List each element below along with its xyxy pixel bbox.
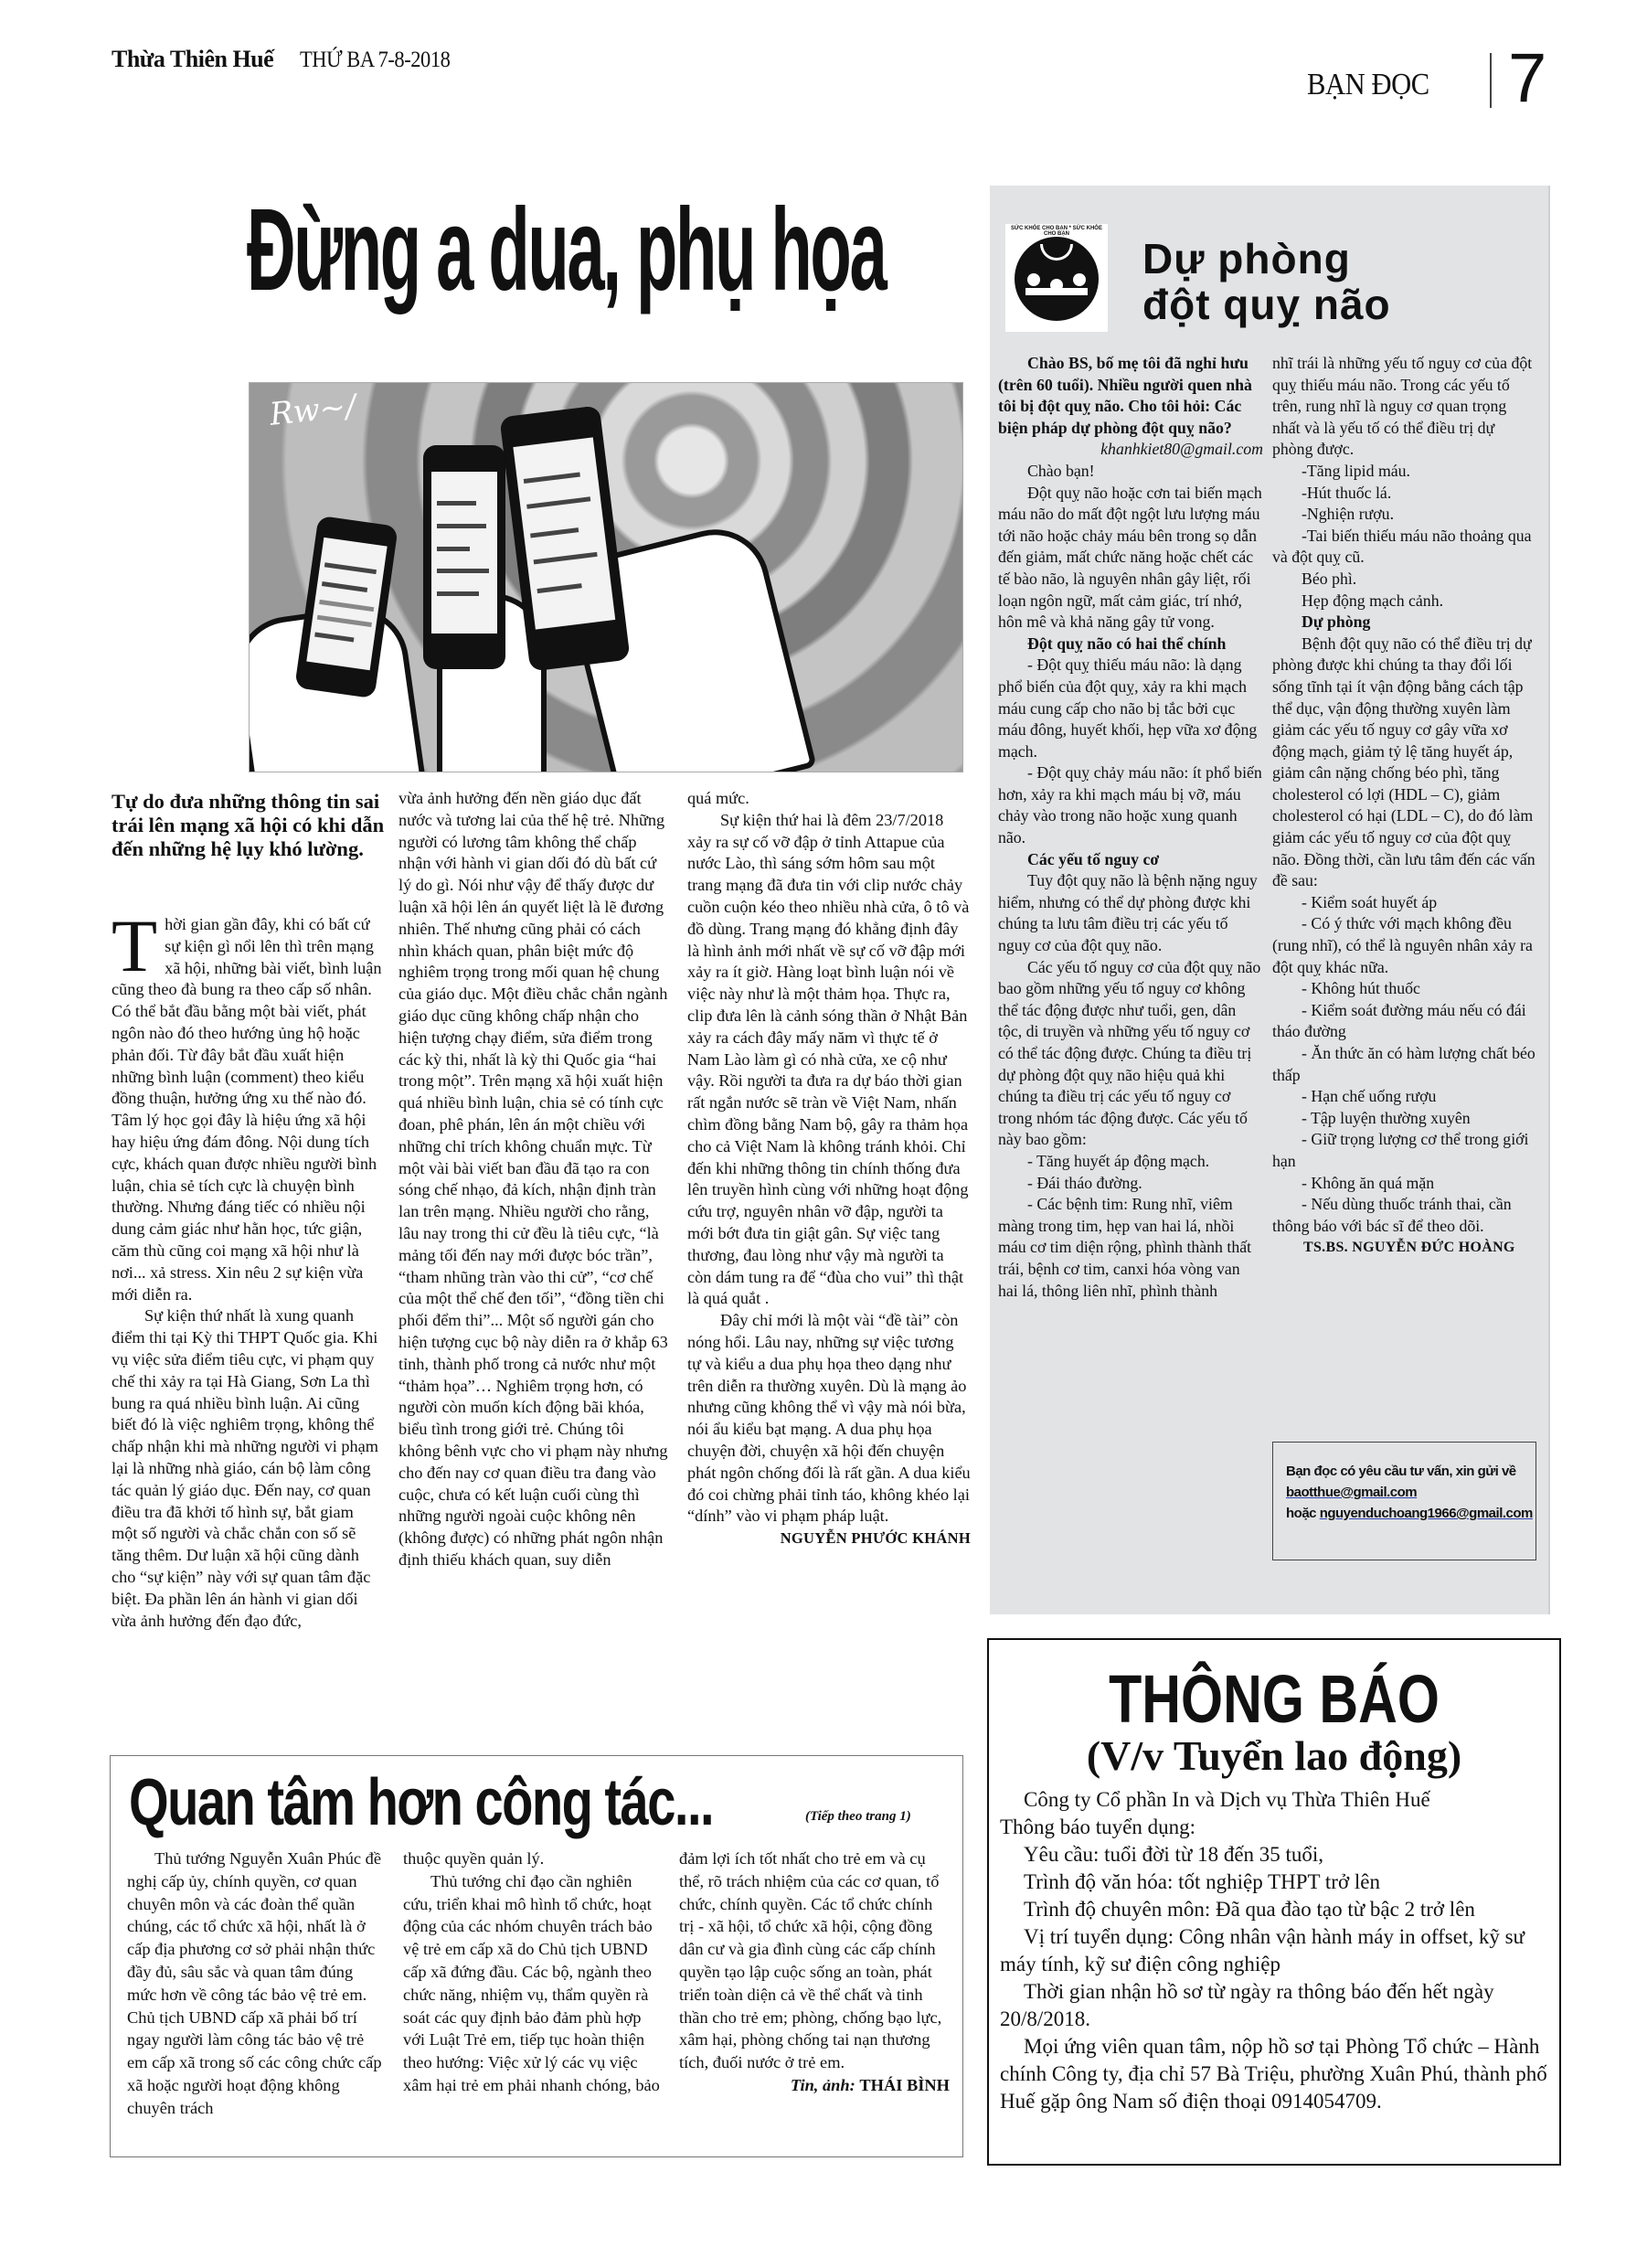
family-figure-icon [1073,273,1086,286]
article-byline: NGUYỄN PHƯỚC KHÁNH [687,1528,971,1549]
bottom-article-box: Quan tâm hơn công tác... (Tiếp theo tran… [110,1755,963,2157]
health-title: Dự phòng đột quỵ não [1142,236,1391,327]
health-column-logo: SỨC KHỎE CHO BẠN * SỨC KHỎE CHO BẠN [1005,224,1108,332]
health-title-line-1: Dự phòng [1142,236,1391,282]
health-column-1: Chào BS, bố mẹ tôi đã nghỉ hưu (trên 60 … [998,353,1263,1302]
list-item: - Không hút thuốc [1272,978,1537,1000]
notice-deadline: Thời gian nhận hồ sơ từ ngày ra thông bá… [1000,1978,1548,2033]
list-item: -Tai biến thiếu máu não thoảng qua và độ… [1272,526,1537,569]
notice-company: Công ty Cổ phần In và Dịch vụ Thừa Thiên… [1000,1786,1548,1814]
drop-cap: T [112,916,157,976]
article-column-2: vừa ảnh hưởng đến nền giáo dục đất nước … [398,788,669,1571]
notice-expertise: Trình độ chuyên môn: Đã qua đào tạo từ b… [1000,1896,1548,1923]
photo-credit: Tin, ảnh: THÁI BÌNH [679,2074,950,2097]
logo-emblem-icon [1015,237,1099,321]
logo-text: SỨC KHỎE CHO BẠN * SỨC KHỎE CHO BẠN [1005,226,1108,237]
paragraph: Đây chỉ mới là một vài “đề tài” còn nóng… [687,1310,971,1528]
paragraph: nhĩ trái là những yếu tố nguy cơ của đột… [1272,353,1537,461]
notice-education: Trình độ văn hóa: tốt nghiệp THPT trở lê… [1000,1869,1548,1896]
list-item: - Hạn chế uống rượu [1272,1086,1537,1108]
newspaper-name: Thừa Thiên Huế [112,46,273,73]
paragraph: Sự kiện thứ nhất là xung quanh điểm thi … [112,1305,382,1632]
asker-email: khanhkiet80@gmail.com [998,439,1263,461]
list-item: - Đái tháo đường. [998,1173,1263,1195]
list-item: Hẹp động mạch cảnh. [1272,591,1537,612]
phone-middle-icon [423,445,505,669]
paragraph: - Đột quỵ chảy máu não: ít phổ biến hơn,… [998,762,1263,848]
list-item: Béo phì. [1272,569,1537,591]
paragraph: Tuy đột quỵ não là bệnh nặng nguy hiểm, … [998,870,1263,956]
paragraph: vừa ảnh hưởng đến nền giáo dục đất nước … [398,788,669,1571]
subheading: Các yếu tố nguy cơ [1027,850,1159,868]
article-illustration: Rw~/ [249,382,963,772]
bottom-article-title: Quan tâm hơn công tác... [129,1765,713,1840]
notice-intro: Thông báo tuyển dụng: [1000,1814,1548,1841]
artist-signature: Rw~/ [268,388,357,433]
paragraph: Thủ tướng chỉ đạo cần nghiên cứu, triển … [403,1870,663,2097]
paragraph: Bệnh đột quỵ não có thể điều trị dự phòn… [1272,634,1537,892]
list-item: - Kiểm soát huyết áp [1272,892,1537,914]
or-label: hoặc [1286,1506,1316,1521]
notice-requirement: Yêu cầu: tuổi đời từ 18 đến 35 tuổi, [1000,1841,1548,1869]
list-item: - Nếu dùng thuốc tránh thai, cần thông b… [1272,1194,1537,1237]
notice-title: THÔNG BÁO [1046,1660,1502,1738]
header-divider [1490,53,1492,108]
list-item: - Kiểm soát đường máu nếu có đái tháo đư… [1272,1000,1537,1043]
paragraph: Đột quỵ não hoặc cơn tai biến mạch máu n… [998,483,1263,634]
list-item: - Giữ trọng lượng cơ thể trong giới hạn [1272,1129,1537,1172]
health-byline: TS.BS. NGUYỄN ĐỨC HOÀNG [1272,1237,1537,1259]
family-figure-icon [1027,273,1040,286]
paragraph: quá mức. [687,788,971,810]
job-notice-box: THÔNG BÁO (V/v Tuyển lao động) Công ty C… [987,1638,1561,2166]
list-item: - Ăn thức ăn có hàm lượng chất béo thấp [1272,1043,1537,1086]
contact-info-box: Bạn đọc có yêu cầu tư vấn, xin gửi về ba… [1272,1442,1536,1560]
list-item: -Hút thuốc lá. [1272,483,1537,505]
issue-date: THỨ BA 7-8-2018 [300,48,450,73]
list-item: -Nghiện rượu. [1272,504,1537,526]
health-column-2: nhĩ trái là những yếu tố nguy cơ của đột… [1272,353,1537,1259]
article-lead: Tự do đưa những thông tin sai trái lên m… [112,790,386,861]
paragraph: Sự kiện thứ hai là đêm 23/7/2018 xảy ra … [687,810,971,1310]
paragraph: - Đột quỵ thiếu máu não: là dạng phổ biế… [998,655,1263,762]
notice-positions: Vị trí tuyển dụng: Công nhân vận hành má… [1000,1923,1548,1978]
subheading: Dự phòng [1302,612,1370,631]
reader-question: Chào BS, bố mẹ tôi đã nghỉ hưu (trên 60 … [998,354,1252,437]
list-item: - Tập luyện thường xuyên [1272,1108,1537,1130]
subheading: Đột quỵ não có hai thể chính [1027,634,1226,653]
list-item: - Tăng huyết áp động mạch. [998,1151,1263,1173]
section-name: BẠN ĐỌC [1307,68,1429,102]
paragraph: đảm lợi ích tốt nhất cho trẻ em và cụ th… [679,1847,950,2074]
bottom-column-2: thuộc quyền quản lý. Thủ tướng chỉ đạo c… [403,1847,663,2097]
list-item: - Có ý thức với mạch không đều (rung nhĩ… [1272,913,1537,978]
email-link-doctor[interactable]: nguyenduchoang1966@gmail.com [1320,1506,1533,1521]
bottom-column-3: đảm lợi ích tốt nhất cho trẻ em và cụ th… [679,1847,950,2097]
credit-name: THÁI BÌNH [859,2076,950,2094]
paragraph: Các yếu tố nguy cơ của đột quỵ não bao g… [998,957,1263,1151]
paragraph: thuộc quyền quản lý. [403,1847,663,1870]
list-item: - Các bệnh tim: Rung nhĩ, viêm màng tron… [998,1194,1263,1302]
credit-label: Tin, ảnh: [791,2076,855,2094]
email-link-baotthue[interactable]: baotthue@gmail.com [1286,1485,1417,1500]
notice-body: Công ty Cổ phần In và Dịch vụ Thừa Thiên… [1000,1786,1548,2115]
paragraph: Thủ tướng Nguyễn Xuân Phúc đề nghị cấp ủ… [127,1847,387,2120]
continued-from-label: (Tiếp theo trang 1) [805,1809,911,1825]
notice-contact: Mọi ứng viên quan tâm, nộp hồ sơ tại Phò… [1000,2033,1548,2115]
greeting: Chào bạn! [998,461,1263,483]
list-item: -Tăng lipid máu. [1272,461,1537,483]
main-headline: Đừng a dua, phụ họa [247,192,885,309]
page-number: 7 [1508,44,1546,113]
health-title-line-2: đột quỵ não [1142,282,1391,327]
notice-subtitle: (V/v Tuyển lao động) [989,1731,1559,1780]
sun-icon [1040,244,1073,261]
contact-text: Bạn đọc có yêu cầu tư vấn, xin gửi về [1286,1461,1535,1482]
bottom-column-1: Thủ tướng Nguyễn Xuân Phúc đề nghị cấp ủ… [127,1847,387,2120]
article-column-3: quá mức. Sự kiện thứ hai là đêm 23/7/201… [687,788,971,1549]
article-column-1: Thời gian gần đây, khi có bất cứ sự kiện… [112,914,382,1632]
list-item: - Không ăn quá mặn [1272,1173,1537,1195]
